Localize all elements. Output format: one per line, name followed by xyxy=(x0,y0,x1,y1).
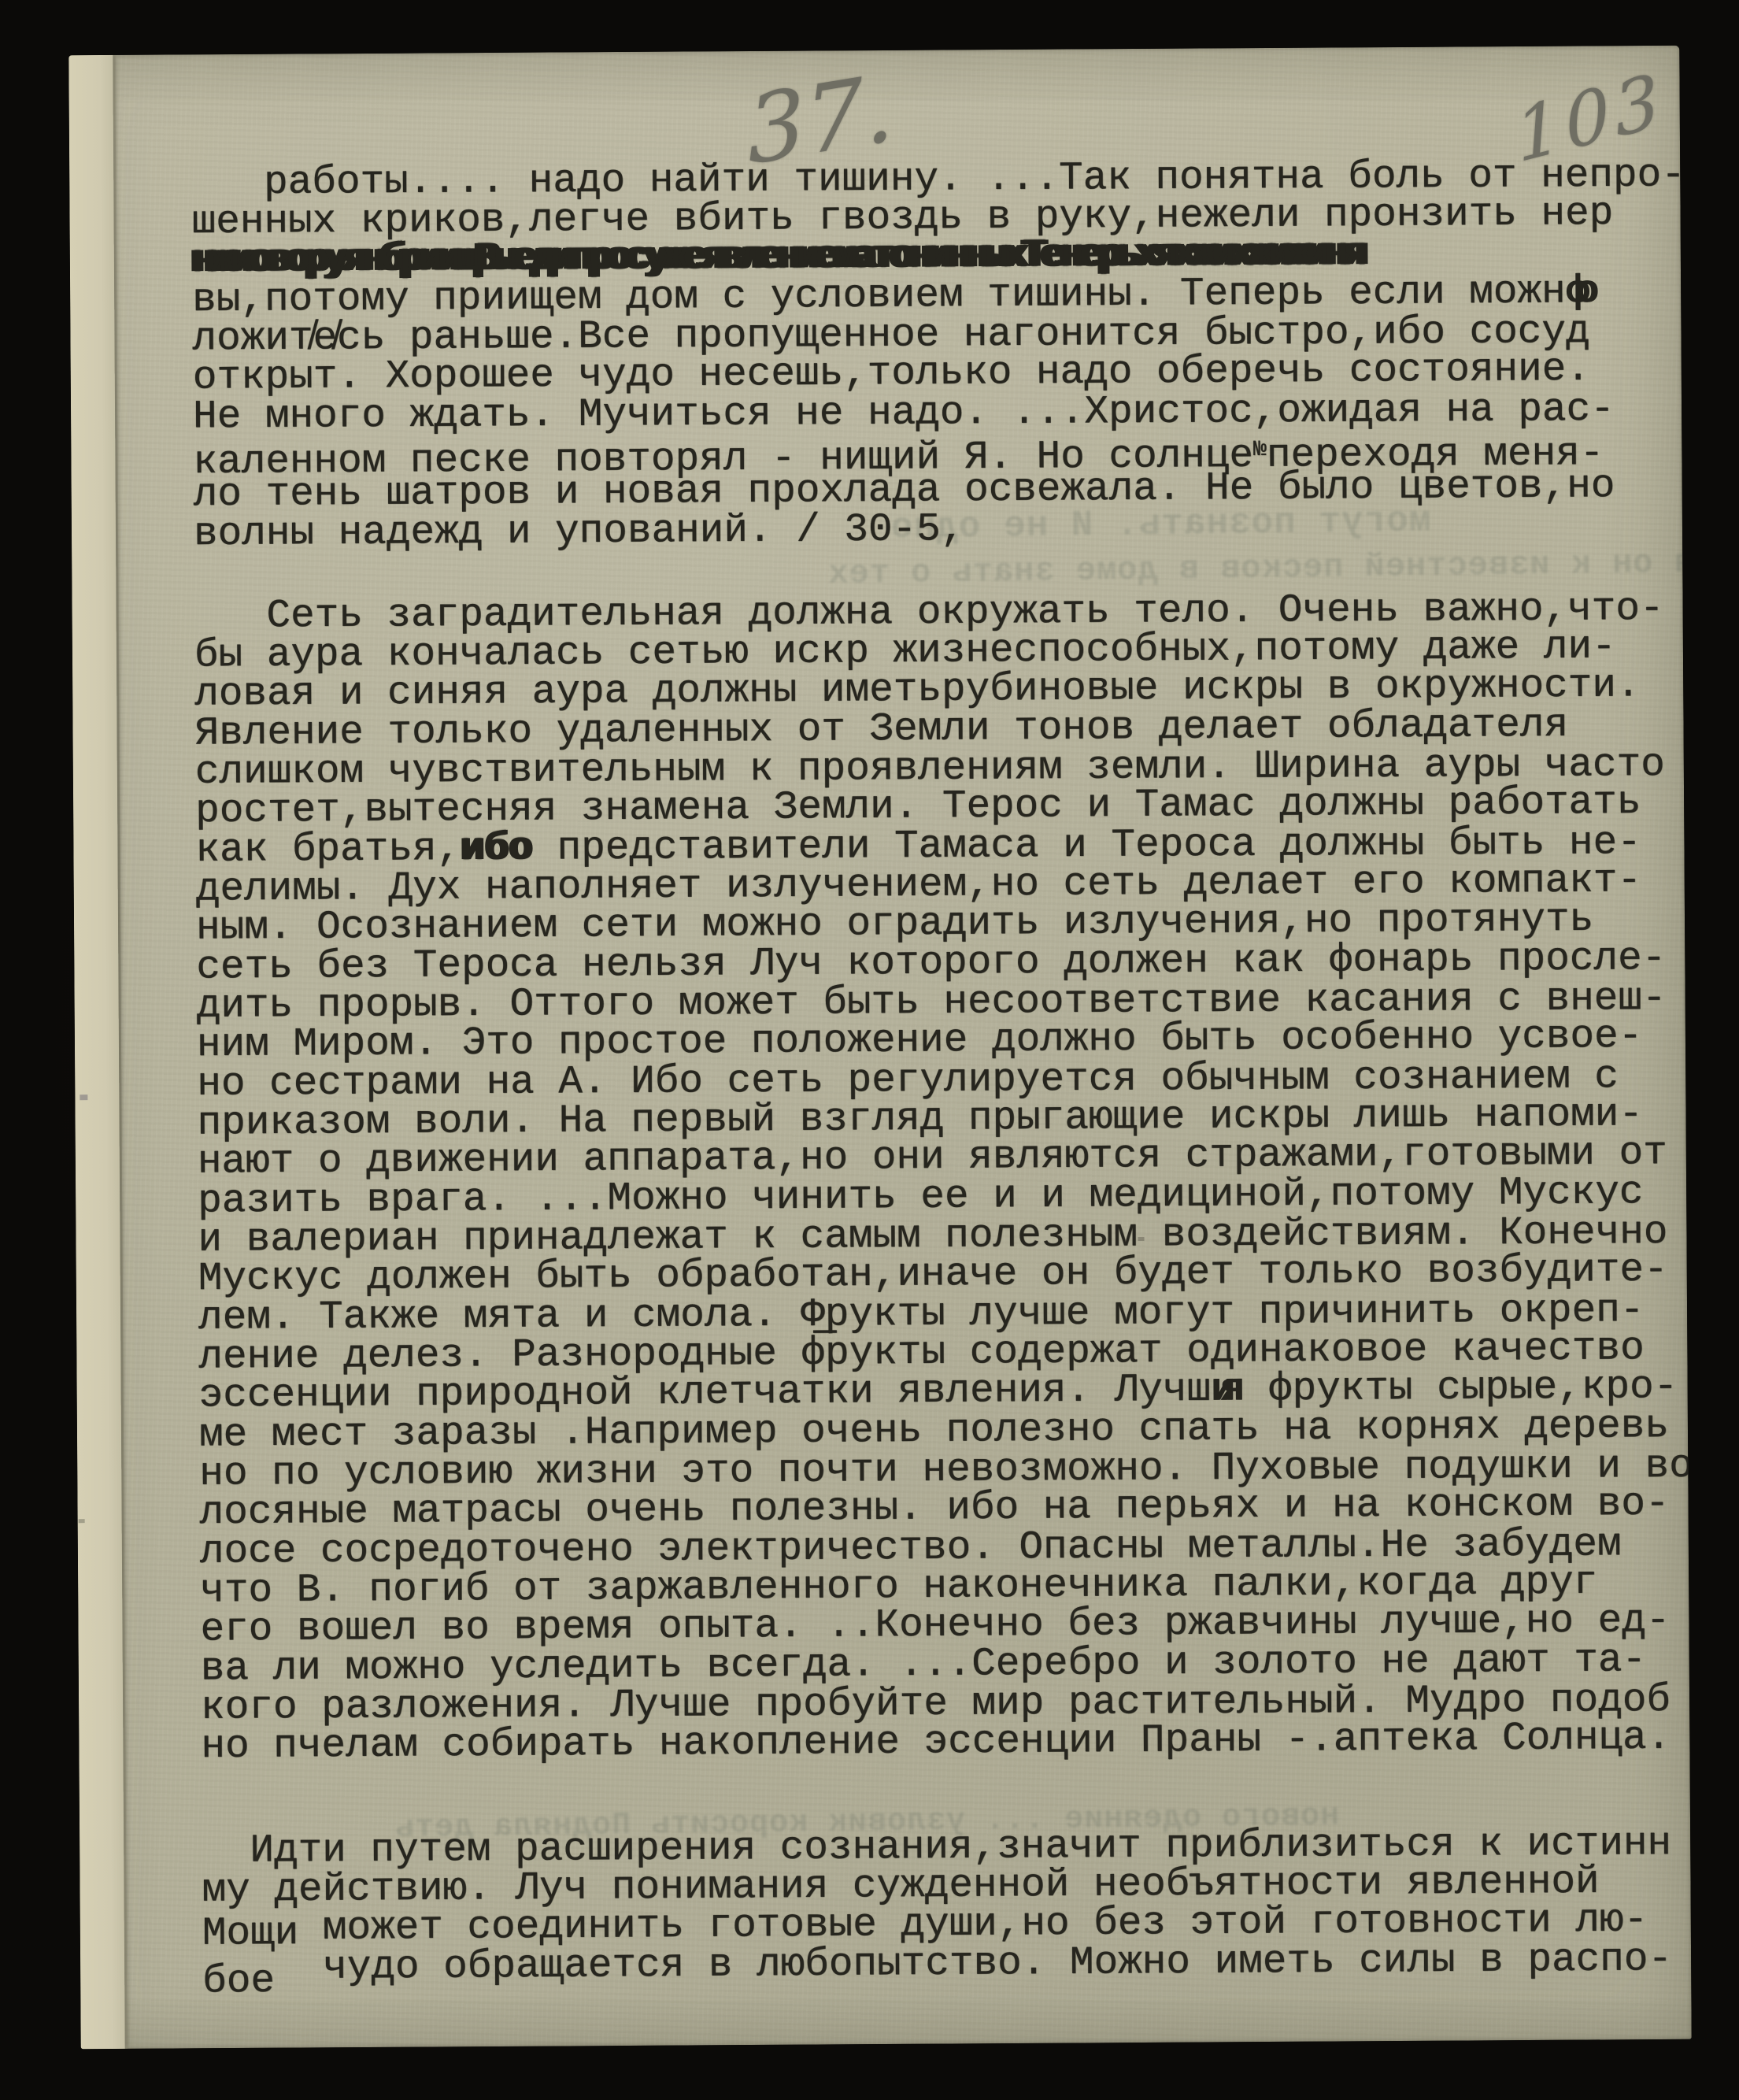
text-line: ловая и синяя аура должны иметьрубиновые… xyxy=(194,667,1669,715)
text-line: Не много ждать. Мучиться не надо. ...Хри… xyxy=(193,391,1667,437)
text-line: Сеть заградительная должна окружать тело… xyxy=(194,590,1669,636)
text-line: нают о движении аппарата,но они являются… xyxy=(198,1135,1672,1183)
text-segment: его вошел во время опыта. ..Конечно без … xyxy=(200,1599,1670,1653)
paragraph: работы.... надо найти тишину. ...Так пон… xyxy=(191,156,1668,554)
text-segment: № xyxy=(1253,438,1267,462)
text-segment: лем. Также мята и смола. Ф̲рукты лучше м… xyxy=(198,1289,1645,1341)
text-line: Мощи может соединить готовые души,но без… xyxy=(202,1902,1677,1950)
text-segment: ным. Осознанием сети можно оградить излу… xyxy=(196,898,1593,950)
text-line: ным. Осознанием сети можно оградить излу… xyxy=(196,901,1671,949)
text-segment: нают о движении аппарата,но они являются… xyxy=(198,1131,1667,1185)
text-segment: Мощи xyxy=(202,1914,299,1954)
text-line: Идти путем расширения сознания,значит пр… xyxy=(202,1825,1676,1872)
paragraph: Сеть заградительная должна окружать тело… xyxy=(194,589,1675,1767)
text-line: как братья,ибо представители Тамаса и Те… xyxy=(195,824,1670,870)
text-segment: лосе сосредоточено электричество. Опасны… xyxy=(200,1523,1622,1575)
text-segment: может соединить готовые души,но без этой… xyxy=(298,1898,1648,1951)
text-line: но пчелам собирать накопление эссенции П… xyxy=(201,1719,1675,1767)
text-segment: фо xyxy=(1565,270,1599,315)
text-line: работы.... надо найти тишину. ...Так пон… xyxy=(191,157,1666,203)
document-page: 37. 103 могут познать. И не однонуждался… xyxy=(68,46,1691,2049)
text-segment: фрукты сырые,кро- xyxy=(1244,1365,1678,1413)
ink-specks xyxy=(68,55,73,57)
text-line: но сестрами на А. Ибо сеть регулируется … xyxy=(197,1057,1671,1104)
text-segment: работы.... надо найти тишину. ...Так пон… xyxy=(264,154,1685,206)
page-edge xyxy=(68,55,124,2049)
text-segment: Сеть заградительная должна окружать тело… xyxy=(266,587,1663,639)
text-line: эссенции природной клетчатки явления. Лу… xyxy=(199,1369,1674,1417)
text-segment: Не много ждать. Мучиться не надо. ...Хри… xyxy=(193,387,1615,439)
text-segment: бое xyxy=(202,1962,275,2002)
text-segment: ибо xyxy=(461,827,533,872)
text-segment: представители Тамаса и Тероса должны быт… xyxy=(533,821,1641,872)
text-segment: но пчелам собирать накопление эссенции П… xyxy=(201,1716,1671,1769)
text-segment: ло тень шатров и новая прохлада освежала… xyxy=(194,465,1615,517)
text-segment: ия xyxy=(1211,1368,1245,1413)
text-line: ло тень шатров и новая прохлада освежала… xyxy=(194,467,1668,515)
text-segment: Идти путем расширения сознания,значит пр… xyxy=(250,1822,1671,1874)
text-line: его вошел во время опыта. ..Конечно без … xyxy=(200,1602,1674,1650)
text-segment: эссенции природной клетчатки явления. Лу… xyxy=(199,1368,1212,1418)
text-line: лем. Также мята и смола. Ф̲рукты лучше м… xyxy=(198,1291,1673,1338)
bleedthrough-layer: могут познать. И не однонуждался он к из… xyxy=(68,46,1679,55)
text-segment: как братья, xyxy=(195,828,461,873)
scanner-background: 37. 103 могут познать. И не однонуждался… xyxy=(0,0,1739,2100)
text-segment: нжиоворуянбриищВыедипросужеявлениематони… xyxy=(192,232,1363,284)
text-line: лосе сосредоточено электричество. Опасны… xyxy=(200,1525,1674,1572)
typewritten-text: работы.... надо найти тишину. ...Так пон… xyxy=(191,156,1677,1989)
text-segment: но сестрами на А. Ибо сеть регулируется … xyxy=(197,1055,1619,1107)
paragraph: Идти путем расширения сознания,значит пр… xyxy=(202,1824,1677,1988)
text-segment: ловая и синяя аура должны иметьрубиновые… xyxy=(194,664,1641,717)
